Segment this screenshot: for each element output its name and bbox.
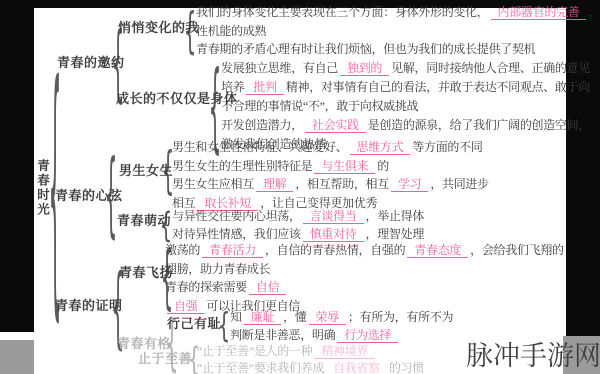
blank-answer: 精神境界 — [314, 345, 375, 359]
branch-chengzhang: 成长的不仅仅是身体 — [116, 92, 238, 105]
zhiyu-lines: “止于至善”是人的一种精神境界“止于至善”要求我们养成自我省察的习惯 — [197, 343, 424, 374]
line-text: ，会给我们飞翔的 — [470, 243, 564, 257]
content-line: “止于至善”是人的一种精神境界 — [197, 343, 424, 360]
root-node-label: 青春时光 — [36, 159, 49, 217]
line-text: ，相互帮助，相互 — [295, 177, 389, 191]
line-text: 精神，对事情有自己的看法，并敢于表达不同观点、敢于向 — [286, 80, 590, 94]
line-text: ，共同进步 — [430, 177, 489, 191]
blank-answer: 社会实践 — [305, 119, 366, 133]
line-text: 激荡的 — [165, 243, 200, 257]
line-text: 翅膀，助力青春成长 — [165, 262, 270, 276]
mindmap-page: 青春时光 { { { { { { { { { { { { 青春的邀约 青春的心弦… — [0, 0, 600, 374]
content-line: 激荡的青春活力，自信的青春热情，自强的青春态度，会给我们飞翔的 — [165, 241, 564, 260]
content-line: 我们的身体变化主要表现在三个方面：身体外形的变化，内部器官的完善， — [196, 3, 600, 22]
blank-answer: 批判 — [246, 81, 283, 95]
line-text: 青春期的矛盾心理有时让我们烦恼，但也为我们的成长提供了契机 — [196, 42, 535, 56]
content-line: 知廉耻，懂荣辱；有所为，有所不为 — [230, 308, 453, 326]
line-text: 的习惯 — [389, 361, 424, 374]
blank-answer: 自我省察 — [326, 362, 387, 374]
line-text: 见解，同时接纳他人合理、正确的意见 — [391, 61, 590, 75]
branch-xingji: 行己有耻 — [167, 317, 221, 330]
line-text: ；有所为，有所不为 — [348, 310, 453, 324]
branch-qiaoqiao: 悄悄变化的我 — [118, 21, 199, 34]
blank-answer: 内部器官的完善 — [491, 6, 587, 20]
blank-answer: 言谈得当 — [303, 210, 364, 224]
line-text: ，自信的青春热情，自强的 — [265, 243, 405, 257]
branch-yaoyue: 青春的邀约 — [57, 56, 125, 69]
line-text: “止于至善”要求我们养成 — [197, 361, 324, 374]
content-line: 青春的探索需要自信 — [165, 278, 564, 297]
content-line: 男生和女生性格特征、兴趣爱好、思维方式等方面的不同 — [172, 138, 489, 157]
line-text: 发展独立思维，有自己 — [221, 61, 338, 75]
blank-answer: 慎重对待 — [303, 228, 364, 242]
line-text: 判断是非善恶，明确 — [230, 328, 335, 342]
content-line: “止于至善”要求我们养成自我省察的习惯 — [197, 360, 424, 374]
blank-answer: 青春态度 — [407, 244, 468, 258]
line-text: ， — [588, 5, 600, 19]
line-text: ，理智处理 — [366, 227, 425, 241]
line-text: 性机能的成熟 — [196, 24, 266, 38]
qiaoqiao-lines: 我们的身体变化主要表现在三个方面：身体外形的变化，内部器官的完善，性机能的成熟青… — [196, 3, 600, 59]
line-text: ，懂 — [283, 310, 306, 324]
content-line: 发展独立思维，有自己独到的见解，同时接纳他人合理、正确的意见 — [221, 59, 590, 78]
xingji-lines: 知廉耻，懂荣辱；有所为，有所不为判断是非善恶，明确行为选择 — [230, 308, 453, 344]
line-text: 开发创造潜力， — [221, 118, 303, 132]
feiyang-lines: 激荡的青春活力，自信的青春热情，自强的青春态度，会给我们飞翔的翅膀，助力青春成长… — [165, 241, 564, 315]
blank-answer: 独到的 — [340, 62, 389, 76]
blank-answer: 思维方式 — [350, 141, 411, 155]
line-text: 知 — [230, 310, 242, 324]
blank-answer: 青春活力 — [202, 244, 263, 258]
line-text: 的 — [377, 159, 389, 173]
watermark-text: 脉冲手游网 — [466, 334, 600, 373]
root-brace: { — [50, 55, 60, 313]
line-text: 男生女生的生理性别特征是 — [172, 159, 312, 173]
nansheng-lines: 男生和女生性格特征、兴趣爱好、思维方式等方面的不同男生女生的生理性别特征是与生俱… — [172, 138, 489, 212]
blank-answer: 与生俱来 — [314, 160, 375, 174]
content-line: 青春期的矛盾心理有时让我们烦恼，但也为我们的成长提供了契机 — [196, 40, 600, 59]
blank-answer: 廉耻 — [244, 311, 281, 325]
content-line: 翅膀，助力青春成长 — [165, 260, 564, 279]
content-line: 开发创造潜力，社会实践是创造的源泉，给了我们广阔的创造空间， — [221, 116, 590, 135]
blank-answer: 理解 — [256, 178, 293, 192]
gray-patch-bottom-left — [0, 340, 34, 374]
line-text: 男生和女生性格特征、兴趣爱好、 — [172, 140, 348, 154]
frame-left-bar — [0, 8, 34, 332]
branch-youge: 青春有格 — [117, 337, 171, 350]
blank-answer: 自强 — [167, 300, 204, 314]
line-text: 是创造的源泉，给了我们广阔的创造空间， — [368, 118, 590, 132]
branch-zhengming: 青春的证明 — [55, 299, 123, 312]
line-text: 培养 — [221, 80, 244, 94]
line-text: 等方面的不同 — [412, 140, 482, 154]
content-line: 判断是非善恶，明确行为选择 — [230, 326, 453, 344]
line-text: 与异性交往要内心坦荡， — [172, 209, 301, 223]
line-text: 男生女生应相互 — [172, 177, 254, 191]
line-text: 青春的探索需要 — [165, 280, 247, 294]
line-text: 对待异性情感，我们应该 — [172, 227, 301, 241]
line-text: ，举止得体 — [366, 209, 425, 223]
line-text: 我们的身体变化主要表现在三个方面：身体外形的变化， — [196, 5, 489, 19]
content-line: 培养批判精神，对事情有自己的看法，并敢于表达不同观点、敢于向 — [221, 78, 590, 97]
branch-nansheng: 男生女生 — [119, 164, 173, 177]
content-line: 男生女生应相互理解，相互帮助，相互学习，共同进步 — [172, 175, 489, 194]
line-text: 不合理的事情说“不”，敢于向权威挑战 — [221, 99, 418, 113]
blank-answer: 自信 — [249, 281, 286, 295]
content-line: 与异性交往要内心坦荡，言谈得当，举止得体 — [172, 208, 424, 226]
blank-answer: 行为选择 — [337, 329, 398, 343]
branch-xinxian: 青春的心弦 — [55, 189, 123, 202]
content-line: 男生女生的生理性别特征是与生俱来的 — [172, 157, 489, 176]
branch-mengdong: 青春萌动 — [117, 214, 171, 227]
content-line: 不合理的事情说“不”，敢于向权威挑战 — [221, 97, 590, 116]
line-text: “止于至善”是人的一种 — [197, 344, 312, 358]
mengdong-lines: 与异性交往要内心坦荡，言谈得当，举止得体对待异性情感，我们应该慎重对待，理智处理 — [172, 208, 424, 243]
branch-zhiyu: 止于至善 — [138, 352, 192, 365]
content-line: 性机能的成熟 — [196, 22, 600, 41]
blank-answer: 学习 — [391, 178, 428, 192]
blank-answer: 荣辱 — [309, 311, 346, 325]
